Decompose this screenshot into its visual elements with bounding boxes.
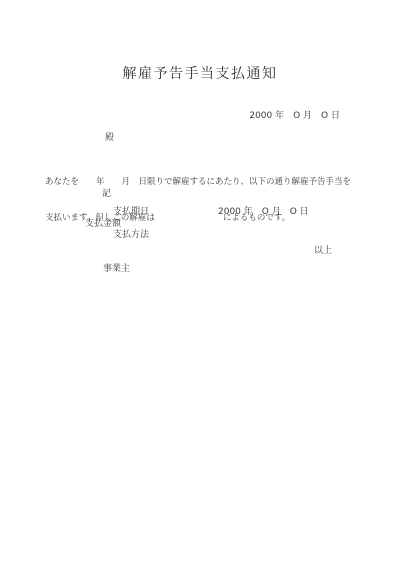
record-marker: 記: [102, 186, 111, 199]
body-paragraph: あなたを 年 月 日限りで解雇するにあたり、以下の通り解雇予告手当を 支払います…: [45, 152, 358, 248]
addressee-honorific: 殿: [105, 130, 114, 143]
body-line-1: あなたを 年 月 日限りで解雇するにあたり、以下の通り解雇予告手当を: [45, 176, 358, 188]
issue-date: 2000 年 O 月 O 日: [0, 108, 340, 121]
employer-signature-label: 事業主: [103, 261, 130, 274]
closing-marker: 以上: [314, 243, 332, 256]
document-title: 解雇予告手当支払通知: [0, 63, 400, 83]
payment-method-label: 支払方法: [113, 227, 149, 240]
payment-due-value: 2000 年 O 月 O 日: [218, 204, 309, 217]
document-page: 解雇予告手当支払通知 2000 年 O 月 O 日 殿 あなたを 年 月 日限り…: [0, 0, 400, 566]
